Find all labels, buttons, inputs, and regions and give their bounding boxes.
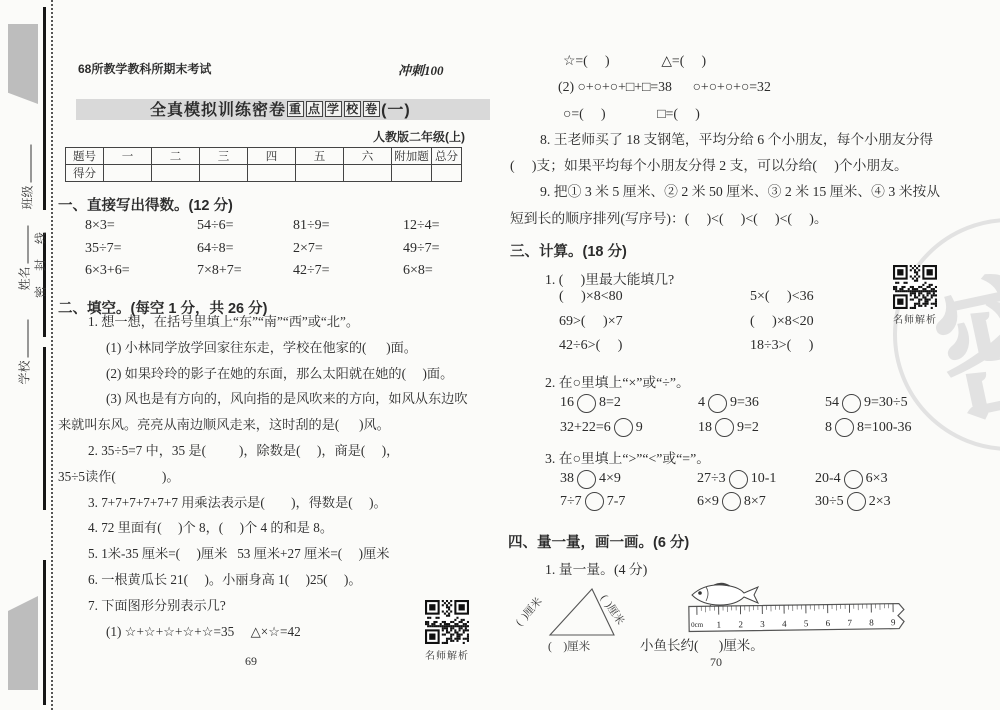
section2-lines: 1. 想一想，在括号里填上“东”“南”“西”或“北”。(1) 小林同学放学回家往… [58,309,490,644]
seal-line-segment [43,347,46,510]
section4-item1: 1. 量一量。(4 分) [545,558,647,578]
inequality-blank: 18÷3>( ) [750,338,959,363]
equation-left: 32+22=6 [560,420,611,436]
svg-text:3: 3 [760,619,765,629]
circle-equation: 49=36 [698,391,825,416]
school-blank-line [18,319,29,357]
score-cell: 五 [296,148,344,165]
equation-right: 6×3 [866,471,888,487]
answer-circle [708,394,727,413]
text-line: ☆=( ) △=( ) [510,48,985,74]
section4-heading: 四、量一量，画一画。(6 分) [508,531,689,552]
paper-title: 全真模拟训练密卷重点学校卷(一) [150,97,411,120]
answer-circle [715,418,734,437]
qr-code [425,600,469,644]
equation: 49÷7= [403,238,477,261]
svg-text:4: 4 [782,619,787,629]
equation-right: 8×7 [744,494,766,510]
circle-equation: 20-46×3 [815,468,965,491]
answer-circle [835,418,854,437]
equation: 6×8= [403,260,477,283]
equation-right: 4×9 [599,471,621,487]
equation-right: 2×3 [869,494,891,510]
score-cell: 六 [344,148,392,165]
answer-circle [847,492,866,511]
text-line: (2) 如果玲玲的影子在她的东面，那么太阳就在她的( )面。 [58,361,490,387]
svg-text:2: 2 [738,619,743,629]
equation-right: 9=30÷5 [864,395,908,411]
text-line: 3. 7+7+7+7+7+7 用乘法表示是( )，得数是( )。 [58,490,490,516]
equation-right: 8=2 [599,395,621,411]
section1-equations: 8×3=54÷6=81÷9=12÷4=35÷7=64÷8=2×7=49÷7=6×… [85,215,477,283]
inequality-blank: 69>( )×7 [559,314,750,339]
inequality-blank: 42÷6>( ) [559,338,750,363]
circle-equation: 6×98×7 [697,491,815,514]
triangle-bottom-label: ( )厘米 [548,638,590,654]
text-line: (1) 小林同学放学回家往东走，学校在他家的( )面。 [58,335,490,361]
text-line: 8. 王老师买了 18 支钢笔，平均分给 6 个小朋友，每个小朋友分得 [510,127,985,153]
equation-right: 7-7 [607,494,626,510]
answer-circle [577,470,596,489]
equation: 42÷7= [293,260,403,283]
seal-line-segment [43,7,46,210]
qr-code [893,265,937,309]
equation: 12÷4= [403,215,477,238]
slogan-logo: 冲刺100 [398,60,444,79]
answer-circle [729,470,748,489]
equation-right: 9=36 [730,395,759,411]
answer-circle [577,394,596,413]
equation: 2×7= [293,238,403,261]
text-line: 6. 一根黄瓜长 21( )。小丽身高 1( )25( )。 [58,567,490,593]
paper-title-main: 全真模拟训练密卷 [150,102,286,119]
school-field-label: 学校 [16,319,33,384]
seal-text: 密 封 线 [34,226,48,298]
boxed-title-char: 学 [325,101,342,117]
equation: 6×3+6= [85,260,197,283]
page-number-right: 70 [710,655,722,670]
score-cell: 得分 [66,165,104,182]
equation-right: 9=2 [737,420,759,436]
boxed-title-char: 重 [287,101,304,117]
qr-code-label: 名师解析 [889,311,941,326]
text-line: ○=( ) □=( ) [510,101,985,127]
equation-left: 30÷5 [815,494,844,510]
score-cell [296,165,344,182]
score-cell [344,165,392,182]
text-line: 2. 35÷5=7 中，35 是( )，除数是( )，商是( )， [58,438,490,464]
svg-text:5: 5 [804,618,809,628]
equation-left: 20-4 [815,471,841,487]
svg-text:0cm: 0cm [691,621,704,629]
svg-text:6: 6 [826,618,831,628]
class-label-text: 班级 [21,185,35,209]
circle-equation: 189=2 [698,416,825,441]
name-label-text: 姓名 [18,266,32,290]
page-number-left: 69 [245,654,257,669]
equation-left: 54 [825,395,839,411]
answer-circle [614,418,633,437]
text-line: 来就叫东风。亮亮从南边顺风走来，这时刮的是( )风。 [58,412,490,438]
score-cell [104,165,152,182]
score-cell: 三 [200,148,248,165]
equation-left: 16 [560,395,574,411]
boxed-title-char: 卷 [363,101,380,117]
section1-heading: 一、直接写出得数。(12 分) [58,194,233,215]
equation-left: 8 [825,420,832,436]
equation: 54÷6= [197,215,293,238]
circle-equation: 30÷52×3 [815,491,965,514]
text-line: 4. 72 里面有( )个 8，( )个 4 的和是 8。 [58,515,490,541]
score-cell: 总分 [432,148,462,165]
score-cell [200,165,248,182]
circle-equation: 7÷77-7 [560,491,697,514]
corner-mark-top [8,24,38,104]
circle-equation: 27÷310-1 [697,468,815,491]
score-cell [152,165,200,182]
inequality-blank: ( )×8<80 [559,289,750,314]
equation: 35÷7= [85,238,197,261]
exam-series-title: 68所教学教科所期末考试 [78,60,211,77]
seal-line-label: 密 封 线 [32,226,49,298]
equation: 64÷8= [197,238,293,261]
school-label-text: 学校 [18,360,32,384]
score-cell: 二 [152,148,200,165]
section3-item1: 1. ( )里最大能填几? [545,268,674,288]
section3-heading: 三、计算。(18 分) [510,240,627,261]
operator-circle-grid: 168=249=36549=30÷532+22=69189=288=100-36 [560,391,965,440]
continued-fill-lines: ☆=( ) △=( )(2) ○+○+○+□+□=38 ○+○+○+○=32○=… [510,48,985,232]
seal-dotted-line [51,0,53,710]
equation-left: 38 [560,471,574,487]
score-cell [248,165,296,182]
class-field-label: 班级 [19,144,36,209]
boxed-title-char: 校 [344,101,361,117]
section3-item2: 2. 在○里填上“×”或“÷”。 [545,371,690,391]
compare-circle-grid: 384×927÷310-120-46×37÷77-76×98×730÷52×3 [560,468,965,513]
equation: 81÷9= [293,215,403,238]
answer-circle [842,394,861,413]
equation-right: 10-1 [751,471,777,487]
equation: 7×8+7= [197,260,293,283]
score-cell: 四 [248,148,296,165]
equation-left: 4 [698,395,705,411]
text-line: (3) 风也是有方向的，风向指的是风吹来的方向，如风从东边吹 [58,386,490,412]
paper-title-suffix: (一) [381,102,411,119]
boxed-title-char: 点 [306,101,323,117]
text-line: ( )支；如果平均每个小朋友分得 2 支，可以分给( )个小朋友。 [510,153,985,179]
circle-equation: 168=2 [560,391,698,416]
answer-circle [585,492,604,511]
name-field-label: 姓名 [16,225,33,290]
svg-text:7: 7 [847,618,852,628]
svg-text:9: 9 [891,617,896,627]
text-line: 35÷5读作( )。 [58,464,490,490]
equation-left: 6×9 [697,494,719,510]
score-cell [392,165,432,182]
fish-length-caption: 小鱼长约( )厘米。 [640,634,764,654]
text-line: 9. 把① 3 米 5 厘米、② 2 米 50 厘米、③ 2 米 15 厘米、④… [510,179,985,205]
text-line: 短到长的顺序排列(写序号)：( )<( )<( )<( )。 [510,206,985,232]
circle-equation: 384×9 [560,468,697,491]
section3-item3: 3. 在○里填上“>”“<”或“=”。 [545,447,710,467]
score-cell: 一 [104,148,152,165]
score-cell [432,165,462,182]
name-blank-line [18,225,29,263]
equation-right: 9 [636,420,643,436]
svg-text:8: 8 [869,617,874,627]
exam-sheet-scan: 班级 姓名 密 封 线 学校 密 68所教学教科所期末考试 冲刺100 全真模拟… [0,0,1000,710]
circle-equation: 88=100-36 [825,416,965,441]
triangle-left-side-label: ( )厘米 [512,594,545,629]
equation: 8×3= [85,215,197,238]
ruler-figure: 0cm123456789 [686,602,908,632]
equation-right: 8=100-36 [857,420,912,436]
score-cell: 题号 [66,148,104,165]
text-line: 1. 想一想，在括号里填上“东”“南”“西”或“北”。 [58,309,490,335]
qr-code-label: 名师解析 [421,647,473,662]
circle-equation: 549=30÷5 [825,391,965,416]
answer-circle [844,470,863,489]
answer-circle [722,492,741,511]
circle-equation: 32+22=69 [560,416,698,441]
seal-line-segment [43,560,46,705]
corner-mark-bottom [8,596,38,690]
text-line: 5. 1米-35 厘米=( )厘米 53 厘米+27 厘米=( )厘米 [58,541,490,567]
class-blank-line [21,144,32,182]
edition-label: 人教版二年级(上) [300,128,465,145]
svg-text:1: 1 [717,620,722,630]
score-cell: 附加题 [392,148,432,165]
boxed-title-chars: 重点学校卷 [286,102,381,119]
score-table: 题号一二三四五六附加题总分得分 [65,147,462,182]
text-line: (2) ○+○+○+□+□=38 ○+○+○+○=32 [510,74,985,100]
equation-left: 27÷3 [697,471,726,487]
equation-left: 18 [698,420,712,436]
equation-left: 7÷7 [560,494,582,510]
